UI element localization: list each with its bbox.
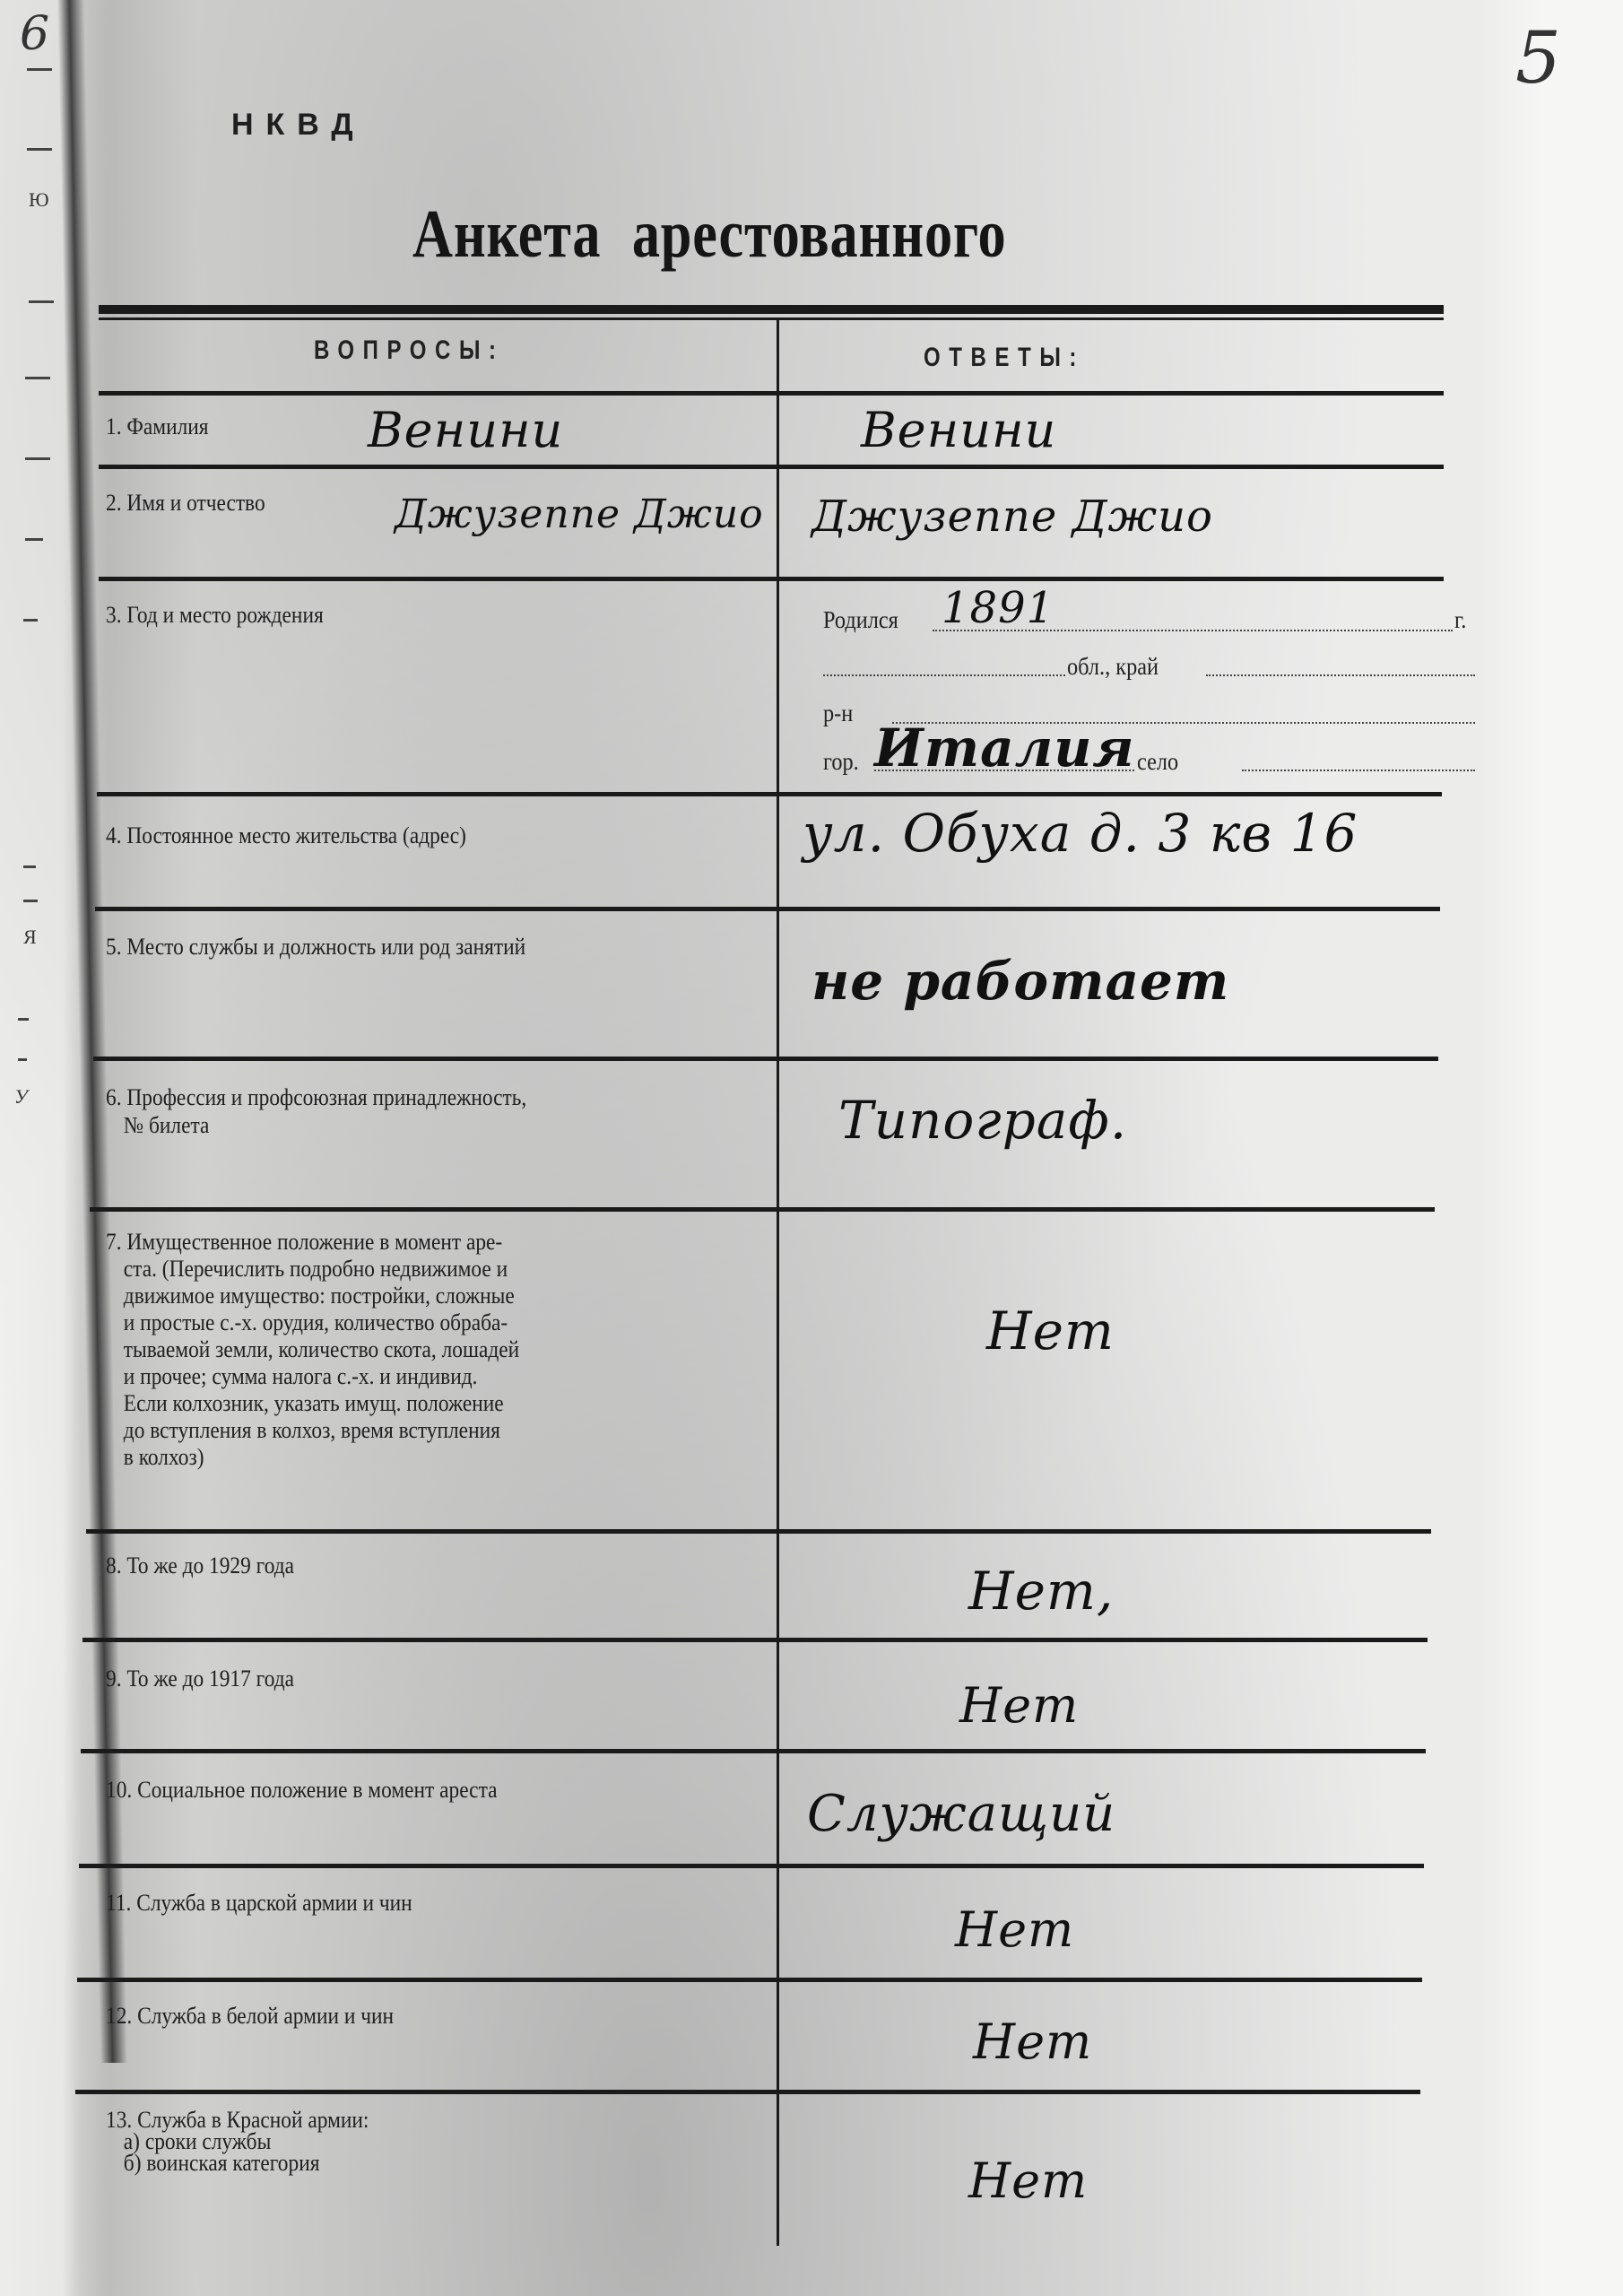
question-number: 5.	[106, 934, 122, 960]
answer-name-patronymic: Джузеппе Джио	[811, 491, 1213, 542]
question-text: Постоянное место жительства (адрес)	[126, 822, 466, 848]
margin-letter: Ю	[29, 188, 49, 212]
question-text-line: в колхоз)	[106, 1444, 703, 1471]
top-thick-rule	[99, 305, 1444, 314]
question-text-line: ста. (Перечислить подробно недвижимое и	[106, 1256, 703, 1283]
answer-property-1929: Нет,	[968, 1561, 1114, 1622]
question-7: 7. Имущественное положение в момент аре-…	[106, 1229, 703, 1471]
question-5: 5. Место службы и должность или род заня…	[106, 933, 703, 961]
question-text-line: тываемой земли, количество скота, лошаде…	[106, 1336, 703, 1363]
answer-birth-year: 1891	[942, 583, 1055, 633]
born-label: Родился	[823, 606, 898, 634]
question-10: 10. Социальное положение в момент ареста	[106, 1776, 703, 1804]
page-number: 5	[1515, 16, 1561, 100]
question-number: 7.	[106, 1229, 122, 1255]
row-rule	[99, 391, 1444, 396]
margin-letter: Я	[23, 926, 37, 949]
question-text-line: Если колхозник, указать имущ. положение	[106, 1390, 703, 1417]
column-divider	[777, 317, 779, 2246]
question-number: 8.	[106, 1552, 122, 1578]
question-4: 4. Постоянное место жительства (адрес)	[106, 822, 703, 849]
district-label: р-н	[823, 700, 853, 727]
question-number: 1.	[106, 413, 122, 439]
answer-surname: Венини	[861, 402, 1056, 458]
questions-header: ВОПРОСЫ:	[314, 335, 505, 366]
question-11: 11. Служба в царской армии и чин	[106, 1889, 703, 1917]
answer-property: Нет	[986, 1300, 1115, 1361]
row-rule	[97, 792, 1442, 796]
margin-dash	[29, 300, 54, 303]
row-rule	[81, 1749, 1426, 1753]
answer-tsarist-army: Нет	[955, 1901, 1074, 1958]
village-line	[1242, 770, 1475, 771]
question-text: Год и место рождения	[126, 602, 323, 628]
question-6: 6. Профессия и профсоюзная принадлежност…	[106, 1083, 703, 1139]
organization-label: НКВД	[231, 108, 366, 143]
question-13: 13. Служба в Красной армии: а) сроки слу…	[106, 2109, 703, 2174]
margin-dash	[23, 619, 38, 622]
scanned-page: 6 Ю Я У 5 НКВД Анкета арестованного ВОПР…	[0, 0, 1623, 2296]
question-number: 3.	[106, 602, 122, 628]
row-rule	[86, 1529, 1431, 1534]
answer-workplace: не работает	[811, 951, 1229, 1012]
question-number: 6.	[106, 1084, 122, 1110]
corner-mark-left: 6	[20, 7, 49, 61]
question-3: 3. Год и место рождения	[106, 601, 703, 629]
handwritten-surname-inline: Венини	[368, 402, 563, 458]
question-text: Место службы и должность или род занятий	[126, 934, 525, 960]
row-rule	[75, 2090, 1420, 2094]
region-line-right	[1206, 674, 1475, 676]
form-title: Анкета арестованного	[412, 196, 1006, 274]
margin-letter: У	[14, 1085, 28, 1109]
question-number: 9.	[106, 1665, 122, 1692]
city-label: гор.	[823, 748, 859, 776]
birth-year-line	[933, 630, 1453, 631]
row-rule	[99, 465, 1444, 469]
question-text-line: движимое имущество: постройки, сложные	[106, 1283, 703, 1309]
question-text-continued: № билета	[106, 1111, 703, 1139]
answer-red-army: Нет	[968, 2152, 1088, 2209]
question-text: Фамилия	[126, 413, 208, 439]
margin-dash	[25, 457, 50, 460]
question-text-line: до вступления в колхоз, время вступления	[106, 1417, 703, 1444]
row-rule	[82, 1638, 1428, 1642]
question-text-line: Имущественное положение в момент аре-	[126, 1229, 502, 1255]
margin-dash	[27, 68, 52, 71]
question-text: Служба в белой армии и чин	[137, 2003, 394, 2029]
row-rule	[93, 1057, 1438, 1061]
question-text-line: и прочее; сумма налога с.-х. и индивид.	[106, 1363, 703, 1390]
answer-profession: Типограф.	[838, 1090, 1127, 1151]
question-text: То же до 1929 года	[126, 1552, 294, 1578]
question-text: Имя и отчество	[126, 490, 265, 516]
question-text: Профессия и профсоюзная принадлежность,	[126, 1084, 526, 1110]
question-text-line: и простые с.-х. орудия, количество обраб…	[106, 1309, 703, 1336]
question-text: Социальное положение в момент ареста	[137, 1777, 497, 1803]
margin-dash	[18, 1018, 29, 1021]
margin-dash	[25, 538, 43, 541]
answer-white-army: Нет	[973, 2013, 1092, 2070]
question-12: 12. Служба в белой армии и чин	[106, 2002, 703, 2030]
question-number: 2.	[106, 490, 122, 516]
question-9: 9. То же до 1917 года	[106, 1665, 703, 1692]
margin-dash	[23, 900, 38, 902]
year-suffix: г.	[1454, 606, 1466, 634]
question-sub-b: б) воинская категория	[106, 2152, 703, 2174]
margin-dash	[23, 865, 36, 868]
margin-dash	[25, 377, 50, 379]
row-rule	[90, 1207, 1435, 1212]
margin-dash	[27, 148, 52, 151]
question-text: То же до 1917 года	[126, 1665, 294, 1692]
village-label: село	[1137, 748, 1178, 776]
region-line-left	[823, 674, 1065, 676]
question-number: 4.	[106, 822, 122, 848]
question-number: 12.	[106, 2003, 132, 2029]
city-line	[874, 770, 1134, 771]
question-number: 11.	[106, 1890, 131, 1916]
answers-header: ОТВЕТЫ:	[924, 343, 1085, 373]
row-rule	[95, 907, 1440, 911]
question-number: 10.	[106, 1777, 132, 1803]
row-rule	[79, 1864, 1424, 1868]
handwritten-name-inline: Джузеппе Джио	[395, 491, 764, 537]
answer-property-1917: Нет	[959, 1677, 1079, 1734]
question-text: Служба в царской армии и чин	[136, 1890, 412, 1916]
answer-address: ул. Обуха д. 3 кв 16	[803, 803, 1358, 864]
region-label: обл., край	[1067, 653, 1159, 681]
answer-social-status: Служащий	[807, 1785, 1115, 1843]
top-thin-rule	[99, 317, 1444, 320]
row-rule	[99, 577, 1444, 581]
row-rule	[77, 1978, 1422, 1982]
question-8: 8. То же до 1929 года	[106, 1552, 703, 1579]
margin-dash	[18, 1058, 27, 1061]
